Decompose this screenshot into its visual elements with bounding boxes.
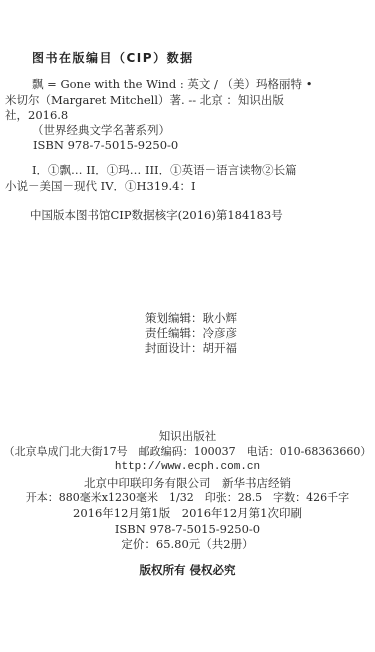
cip-line: 飘 = Gone with the Wind : 英文 / （美）玛格丽特 • — [32, 77, 313, 91]
cip-classification: 小说－美国－现代 IV．①H319.4：I — [5, 179, 196, 193]
credit-row: 策划编辑：耿小辉 — [145, 311, 237, 326]
cip-classification: I．①飘… II．①玛… III．①英语－语言读物②长篇 — [32, 163, 297, 177]
credit-name: 胡开福 — [203, 341, 238, 355]
isbn: ISBN 978-7-5015-9250-0 — [0, 522, 375, 536]
book-specs: 开本：880毫米x1230毫米 1/32 印张：28.5 字数：426千字 — [0, 491, 375, 505]
credit-role: 策划编辑： — [145, 311, 203, 325]
credit-row: 封面设计：胡开福 — [145, 341, 237, 356]
credit-name: 冷彦彦 — [203, 326, 238, 340]
cip-isbn: ISBN 978-7-5015-9250-0 — [33, 138, 178, 152]
credit-name: 耿小辉 — [203, 311, 238, 325]
credit-role: 责任编辑： — [145, 326, 203, 340]
cip-heading: 图书在版编目（CIP）数据 — [32, 51, 194, 65]
publisher-name: 知识出版社 — [0, 429, 375, 443]
publisher-url: http://www.ecph.com.cn — [0, 460, 375, 474]
printer-info: 北京中印联印务有限公司 新华书店经销 — [0, 476, 375, 490]
cip-number: 中国版本图书馆CIP数据核字(2016)第184183号 — [30, 208, 283, 222]
edition-info: 2016年12月第1版 2016年12月第1次印刷 — [0, 506, 375, 520]
price: 定价：65.80元（共2册） — [0, 537, 375, 551]
publisher-address: （北京阜成门北大街17号 邮政编码：100037 电话：010-68363660… — [0, 445, 375, 459]
cip-series: （世界经典文学名著系列） — [32, 123, 170, 137]
copyright-notice: 版权所有 侵权必究 — [0, 563, 375, 577]
cip-line: 米切尔（Margaret Mitchell）著. -- 北京 ：知识出版 — [5, 93, 284, 107]
credit-role: 封面设计： — [145, 341, 203, 355]
cip-line: 社，2016.8 — [5, 108, 68, 122]
credit-row: 责任编辑：冷彦彦 — [145, 326, 237, 341]
